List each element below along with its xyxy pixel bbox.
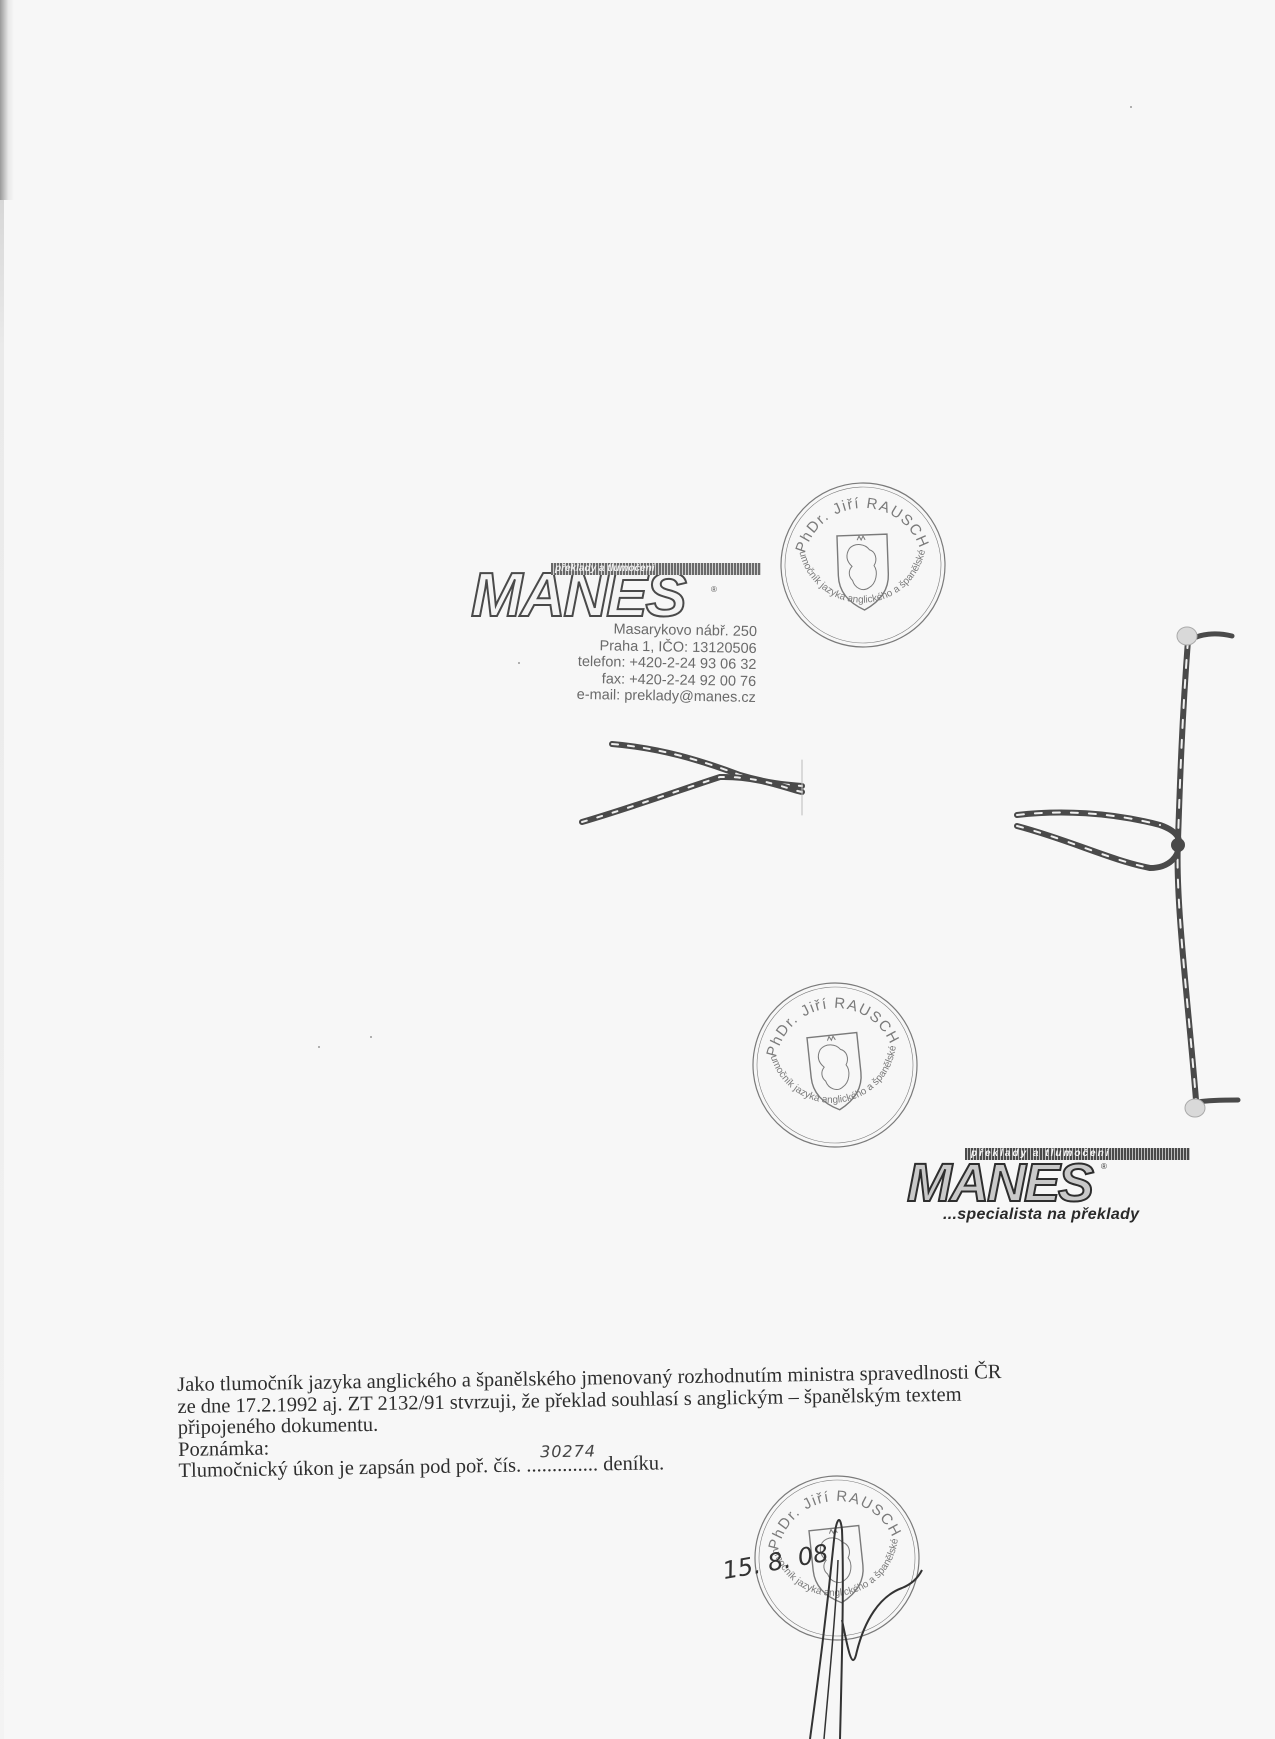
agency-logo: MANES překlady a tlumočení ® (471, 555, 761, 620)
svg-text:PhDr. Jiří RAUSCH: PhDr. Jiří RAUSCH (791, 493, 933, 556)
translator-certification: Jako tlumočník jazyka anglického a španě… (177, 1361, 1079, 1483)
record-number-handwritten: 30274 (540, 1440, 596, 1462)
record-suffix: deníku. (598, 1452, 664, 1475)
translator-round-stamp: PhDr. Jiří RAUSCH Tlumočník jazyka angli… (775, 477, 951, 653)
agency-tagline: překlady a tlumočení (551, 563, 761, 575)
agency-address: Masarykovo nábř. 250 Praha 1, IČO: 13120… (576, 621, 757, 707)
scan-speck (1130, 106, 1132, 108)
agency-address-stamp: MANES překlady a tlumočení ® Masarykovo … (465, 550, 765, 730)
agency-specialist-logo: překlady a tlumočení MANES ® ...speciali… (905, 1148, 1195, 1228)
translator-round-stamp: PhDr. Jiří RAUSCH Tlumočník jazyka angli… (742, 972, 929, 1159)
agency-slogan: ...specialista na překlady (943, 1206, 1139, 1224)
agency-logo-text: MANES (907, 1156, 1092, 1210)
page-corner-shadow (0, 0, 14, 200)
record-number-field: ..............30274 (526, 1454, 598, 1477)
translator-signature (790, 1500, 940, 1739)
page-left-edge-shadow (0, 0, 4, 1739)
stamp-top-text: PhDr. Jiří RAUSCH (758, 988, 903, 1060)
stamp-bottom-text: Tlumočník jazyka anglického a španělskéh… (742, 972, 905, 1115)
stamp-top-text: PhDr. Jiří RAUSCH (791, 493, 933, 556)
registered-mark: ® (1101, 1162, 1107, 1171)
svg-text:PhDr. Jiří RAUSCH: PhDr. Jiří RAUSCH (758, 988, 903, 1060)
cord-knot-assembly (1017, 627, 1238, 1117)
cord-loose-ends (582, 744, 802, 822)
scan-speck (318, 1046, 320, 1048)
email-line: e-mail: preklady@manes.cz (576, 687, 755, 707)
svg-text:Tlumočník jazyka anglického a: Tlumočník jazyka anglického a španělskéh… (742, 972, 905, 1115)
scan-speck (370, 1036, 372, 1038)
record-prefix: Tlumočnický úkon je zapsán pod poř. čís. (178, 1455, 526, 1482)
registered-mark: ® (711, 585, 717, 594)
